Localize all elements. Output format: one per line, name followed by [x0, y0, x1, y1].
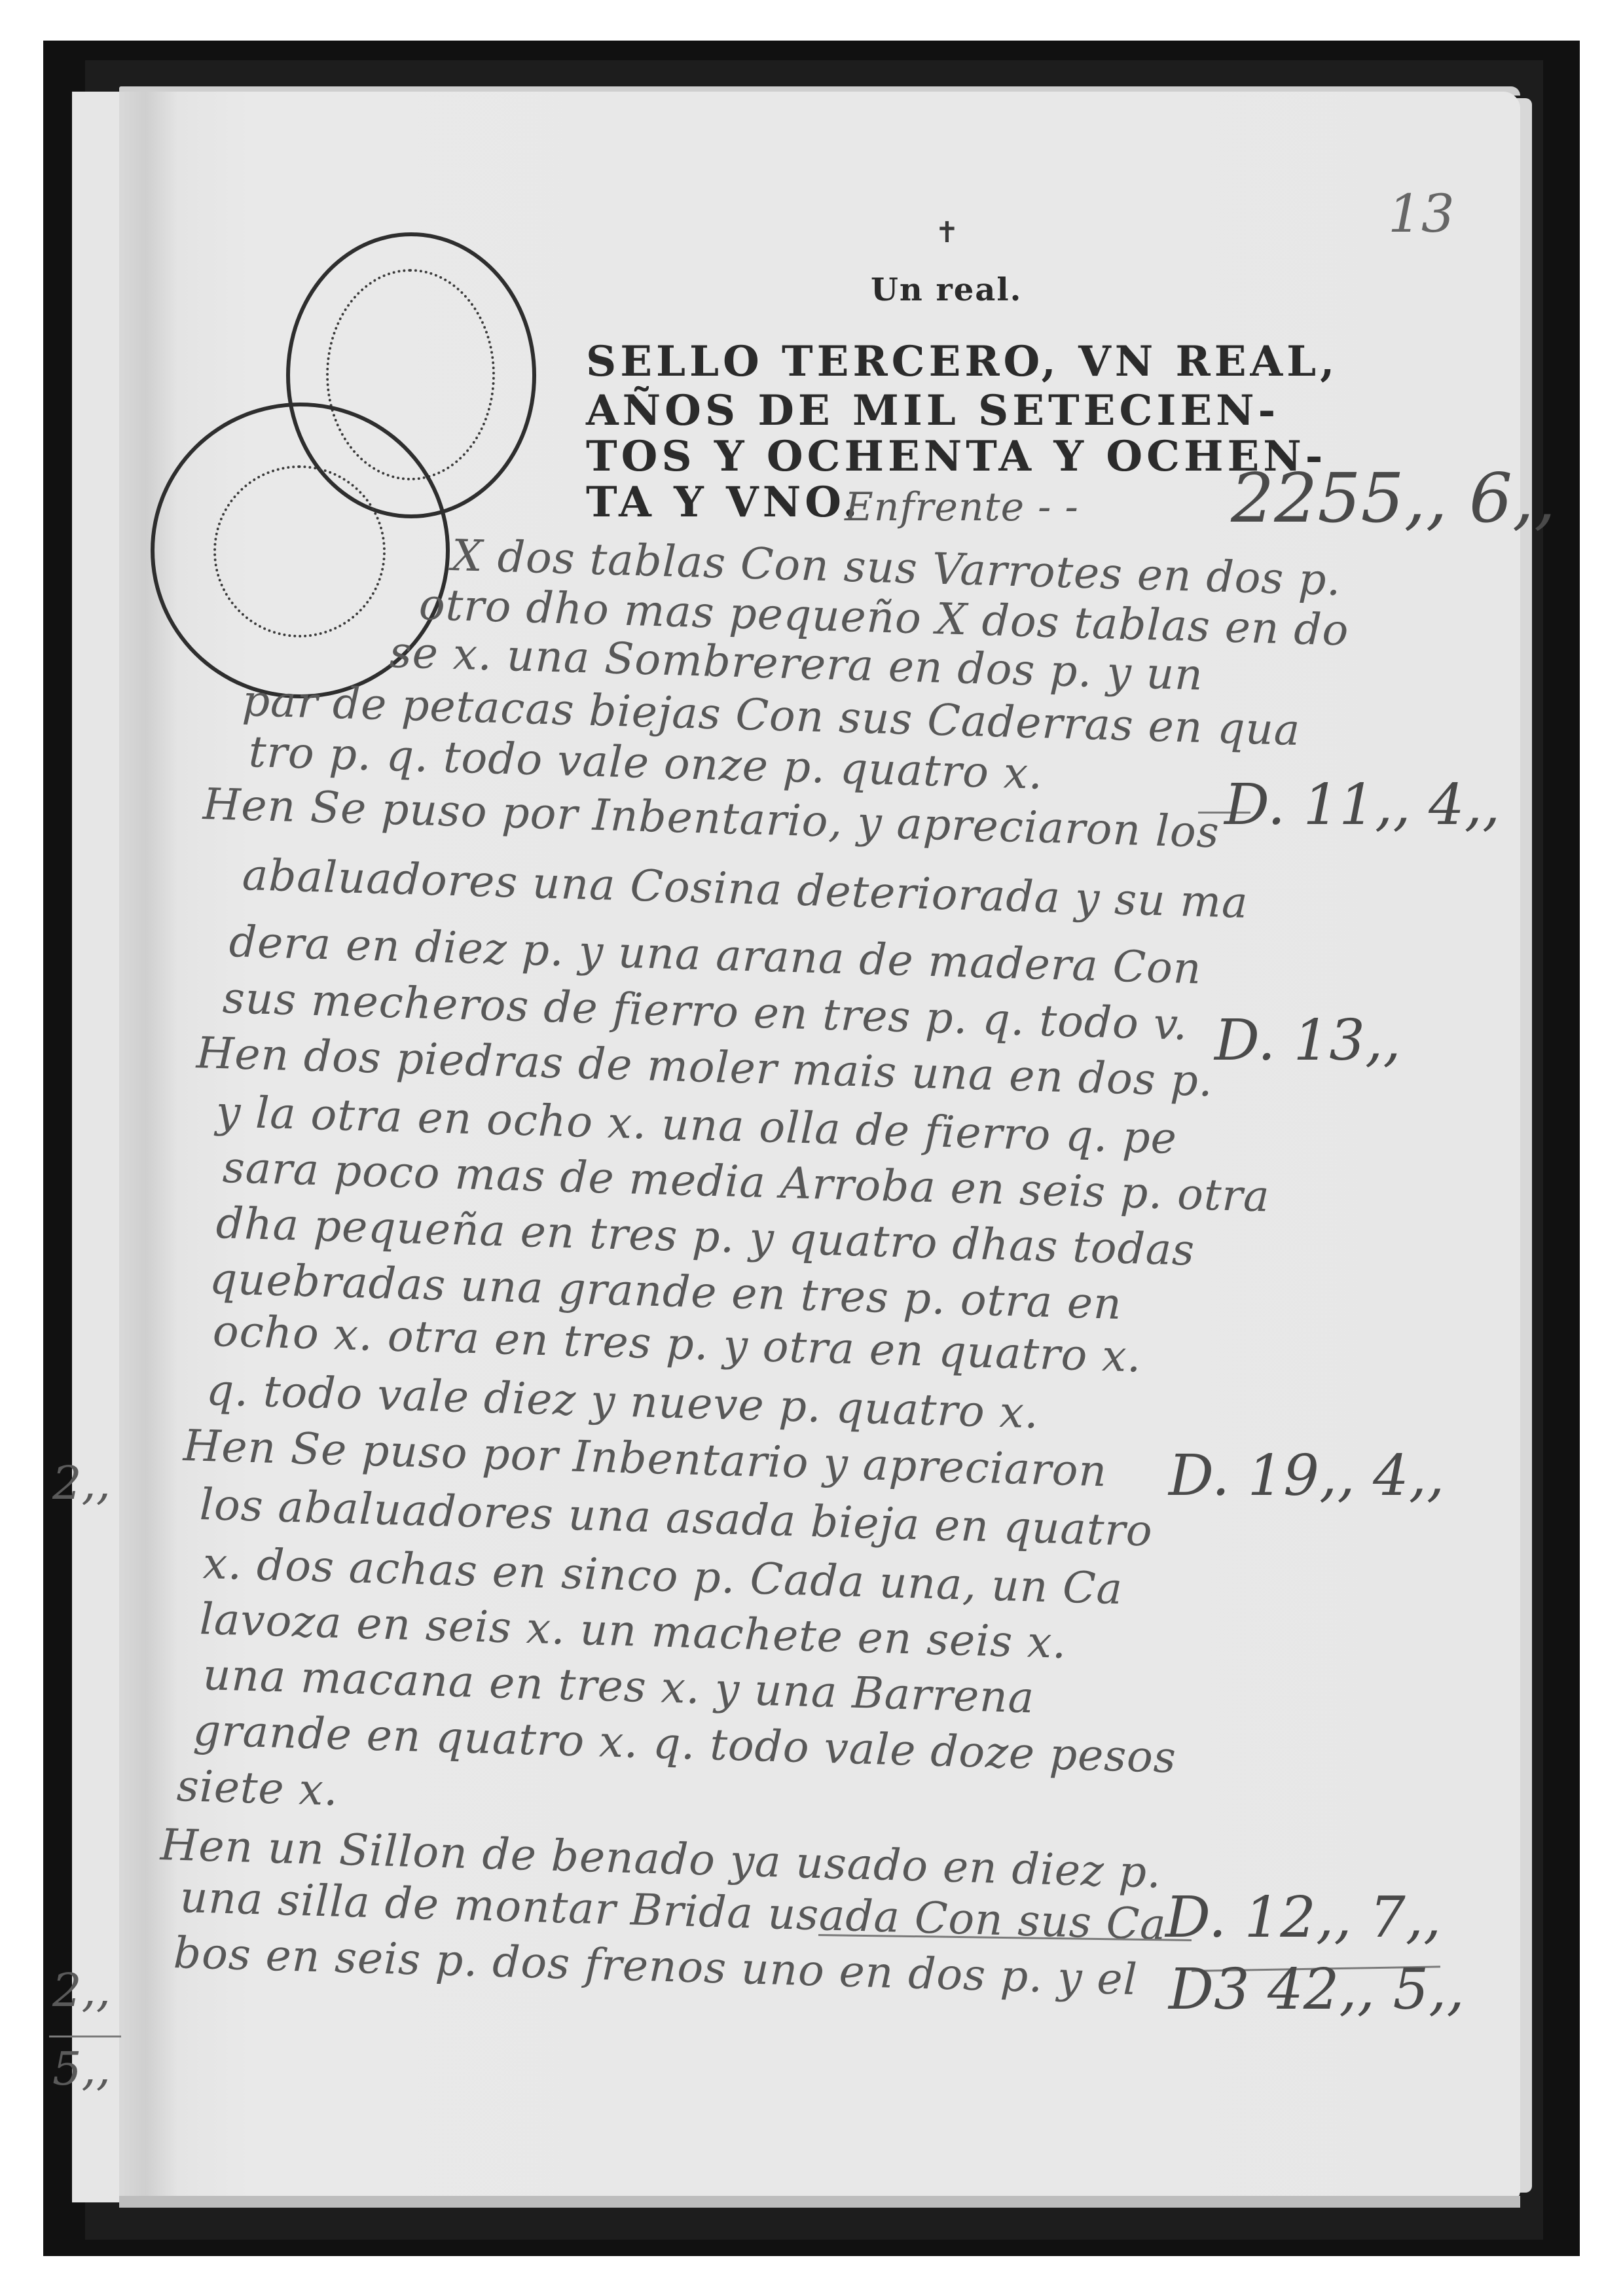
margin-rule [49, 2036, 121, 2037]
cross-icon: ✝ [935, 216, 959, 249]
printed-header-line-4: TA Y VNO. [586, 478, 861, 527]
amount-entry: D. 13,, [1214, 1008, 1401, 1073]
amount-entry: D. 19,, 4,, [1169, 1443, 1444, 1509]
printed-header-line-1: SELLO TERCERO, VN REAL, [586, 337, 1338, 386]
amount-entry: D. 11,, 4,, [1224, 772, 1500, 838]
printed-header-line-3: TOS Y OCHENTA Y OCHEN- [586, 432, 1326, 481]
header-annotation: Enfrente - - [845, 484, 1079, 530]
previous-page-edge [72, 92, 119, 2202]
page-bottom-edge [119, 2196, 1520, 2208]
printed-header-line-2: AÑOS DE MIL SETECIEN- [586, 386, 1279, 435]
amount-entry: D. 12,, 7,, [1165, 1885, 1441, 1950]
amount-entry: D3 42,, 5,, [1169, 1957, 1465, 2022]
margin-note: 2,, [52, 1964, 111, 2017]
margin-note: 5,, [52, 2042, 111, 2096]
margin-note: 2,, [52, 1456, 111, 1510]
monogram-icon [213, 465, 386, 637]
folio-number: 13 [1388, 183, 1455, 244]
stamp-value: Un real. [871, 272, 1022, 308]
header-total: 2255,, 6,, [1231, 458, 1556, 538]
text-line: siete x. [176, 1761, 339, 1816]
